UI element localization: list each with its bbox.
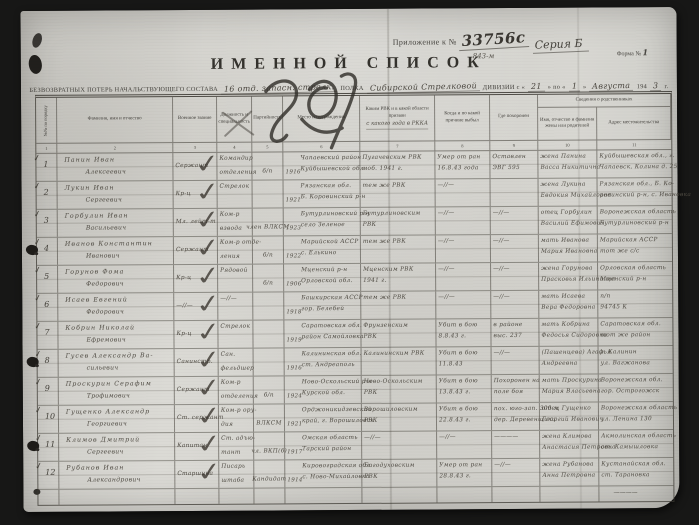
cell-relative-address: Воронежская обл. гор. Острогожск xyxy=(599,374,673,401)
cell-relative-name: мать Исаева Вера Федоровна xyxy=(539,290,598,317)
cell-burial-place: пох. юго-зап. 300 м дер. Деревенщики xyxy=(492,403,540,430)
cell-party xyxy=(254,348,285,375)
year-digit-handwritten: 3 xyxy=(650,81,662,91)
cell-position: Рядовой ✓ xyxy=(218,265,253,292)
cell-burial-place: —//— xyxy=(492,459,540,486)
cell-party: б/п xyxy=(252,152,283,179)
cell-relative-address: Марийская АССР тот же с/с xyxy=(598,234,672,261)
cell-burial-place: —//— xyxy=(491,207,539,234)
cell-row-number: ✓ 8 xyxy=(38,350,59,377)
casualty-table: №№ по порядку Фамилия, имя и отчество Во… xyxy=(35,91,674,506)
cell-relative-address: п/п 94745 К xyxy=(598,290,672,317)
cell-full-name: Иванов Константин Иванович xyxy=(58,237,174,265)
cell-position: Стрелок ✓ xyxy=(218,181,253,208)
table-row: ✓ 11 Климов Дмитрий Сергеевич Капитан Ст… xyxy=(38,430,673,462)
cell-drafted-by: —//— xyxy=(362,431,437,458)
cell-birthplace: 1921 Рязанская обл. Б. Коровинский р-н xyxy=(284,180,361,207)
pencil-check-icon: ✓ xyxy=(33,265,43,276)
cell-relative-address: г. Калинин ул. Вагжанова xyxy=(599,346,673,373)
cell-drafted-by: Пугачевским РВК моб. 1941 г. xyxy=(360,151,435,178)
pencil-check-icon: ✓ xyxy=(33,293,43,304)
cell-party xyxy=(253,180,284,207)
cell-relative-name: мать Иванова Мария Ивановна xyxy=(539,234,598,261)
pencil-check-icon: ✓ xyxy=(33,209,43,220)
col-header-rank: Военное звание xyxy=(173,97,217,142)
subtitle-printed: БЕЗВОЗВРАТНЫХ ПОТЕРЬ НАЧАЛЬСТВУЮЩЕГО СОС… xyxy=(29,86,218,94)
group-header-relatives: Сведения о родственниках xyxy=(538,94,670,108)
table-row: ✓ 5 Горунов Фома Федорович Кр-ц Рядовой … xyxy=(37,262,672,294)
cell-party: б/п xyxy=(254,376,285,403)
table-row: ✓ 4 Иванов Константин Иванович Сержант К… xyxy=(37,234,672,266)
cell-burial-place: —//— xyxy=(491,263,539,290)
cell-drafted-by: Ворошиловским РВК xyxy=(362,403,437,430)
cell-row-number: ✓ 9 xyxy=(38,378,59,405)
cell-party xyxy=(253,292,284,319)
cell-party: Кандидат xyxy=(254,460,285,487)
cell-drafted-by: тем же РВК xyxy=(361,179,436,206)
cell-relative-address: Воронежская область Бутурлиновский р-н xyxy=(598,206,672,233)
cell-position: Писарь штаба ✓ xyxy=(219,461,254,488)
cell-rank: Сержант xyxy=(174,237,218,264)
cell-relative-name: жена Климова Анастасия Петровна xyxy=(540,430,599,457)
pencil-check-icon: ✓ xyxy=(34,377,44,388)
cell-birthplace: 1906 Мценский р-н Орловской обл. xyxy=(284,264,361,291)
cell-full-name: Исаев Евгений Федорович xyxy=(58,293,174,321)
cell-drafted-by: тем же РВК xyxy=(361,291,436,318)
cell-when-lost: Убит в бою 11.8.43 xyxy=(437,347,492,374)
month-handwritten: Августа xyxy=(589,81,634,92)
cell-party: член ВЛКСМ xyxy=(253,208,284,235)
col-group-relatives: Сведения о родственниках Имя, отчество и… xyxy=(538,94,671,140)
cell-full-name: Кобрин Николай Ефремович xyxy=(58,321,174,349)
cell-burial-place: в районе выс. 237 xyxy=(491,319,539,346)
cell-when-lost: Убит в бою 13.8.43 г. xyxy=(437,375,492,402)
cell-position: Ком-р отделения ✓ xyxy=(219,377,254,404)
cell-row-number: ✓ 11 xyxy=(38,434,59,461)
cell-when-lost: —//— xyxy=(437,431,492,458)
cell-when-lost: Умер от ран 16.8.43 года xyxy=(435,151,490,178)
cell-birthplace: 1917 Омская область Тарский район xyxy=(285,432,362,459)
pencil-check-icon: ✓ xyxy=(33,321,43,332)
cell-full-name: Горбулин Иван Васильевич xyxy=(58,209,174,237)
table-header-row: №№ по порядку Фамилия, имя и отчество Во… xyxy=(36,94,671,144)
cell-relative-name: отец Горбулин Василий Ефимович xyxy=(539,206,598,233)
col-header-name: Фамилия, имя и отчество xyxy=(57,97,173,143)
empty-row: ———— xyxy=(38,486,673,505)
year-printed: 194 xyxy=(637,83,647,90)
cell-burial-place: Оставлен ЭВГ 595 xyxy=(490,151,538,178)
cell-when-lost: Убит в бою 8.8.43 г. xyxy=(436,319,491,346)
cell-burial-place xyxy=(491,179,539,206)
col-header-relative-name: Имя, отчество и фамилия жены или родител… xyxy=(538,107,597,139)
cell-row-number: ✓ 12 xyxy=(38,462,59,489)
cell-party xyxy=(253,320,284,347)
cell-birthplace: 1921 Орджоникидзевский край, г. Ворошило… xyxy=(285,404,362,431)
cell-row-number: ✓ 1 xyxy=(36,154,57,181)
cell-row-number: ✓ 10 xyxy=(38,406,59,433)
attachment-line: Приложение к № 33756с xyxy=(393,30,529,50)
cell-burial-place: —//— xyxy=(491,235,539,262)
col-header-drafted: Каким РВК и в какой области призван с ка… xyxy=(360,95,435,140)
pencil-check-icon: ✓ xyxy=(33,181,43,192)
ink-blot xyxy=(31,32,44,49)
cell-position: Командир отделения ✓ xyxy=(217,153,252,180)
cell-relative-name: жена Лукина Евдокия Михайловна xyxy=(539,178,598,205)
cell-row-number: ✓ 4 xyxy=(37,238,58,265)
document-page: Приложение к № 33756с 843-м Серия Б Форм… xyxy=(20,7,679,512)
cell-relative-address: Саратовская обл. тот же район xyxy=(598,318,672,345)
cell-rank: Кр-ц xyxy=(174,321,218,348)
table-row: ✓ 3 Горбулин Иван Васильевич Мл. лейт-т … xyxy=(37,206,672,238)
cell-relative-name: мать Проскурина Мария Власьевна xyxy=(540,374,599,401)
pencil-check-icon: ✓ xyxy=(34,405,44,416)
cell-relative-name: жена Рубанова Анна Петровна xyxy=(540,458,599,485)
cell-row-number: ✓ 6 xyxy=(37,294,58,321)
cell-position: Ст. адъю- тант ✓ xyxy=(219,433,254,460)
cell-rank: Сержант xyxy=(173,153,217,180)
cell-rank: Санинстр. xyxy=(175,349,219,376)
cell-rank: Ст. сержант xyxy=(175,405,219,432)
cell-when-lost: —//— xyxy=(436,291,491,318)
cell-relative-name: жена Панина Васса Никитична xyxy=(538,150,597,177)
cell-drafted-by: тем же РВК xyxy=(361,235,436,262)
cell-relative-address: Рязанская обл., Б. Ко- ровинский р-н, с.… xyxy=(598,178,672,205)
cell-relative-address: Орловская область Мценский р-н xyxy=(598,262,672,289)
col-header-party: Партийность xyxy=(252,96,283,141)
cell-when-lost: —//— xyxy=(436,263,491,290)
cell-relative-name: отец Гущенко Георгий Иванович xyxy=(540,402,599,429)
cell-birthplace: 1916 Калининская обл. ст. Андреаполь xyxy=(285,348,362,375)
cell-birthplace: 1914 Кировоградская обл. с. Ново-Михайло… xyxy=(285,460,362,487)
cell-when-lost: Умер от ран 28.8.43 г. xyxy=(437,459,492,486)
col-header-position: Должность и специальность xyxy=(217,97,252,142)
cell-burial-place: Похоронен на поле боя xyxy=(492,375,540,402)
table-body: ✓ 1 Панин Иван Алексеевич Сержант Команд… xyxy=(36,150,673,490)
cell-full-name: Горунов Фома Федорович xyxy=(58,265,174,293)
cell-rank: Мл. лейт-т xyxy=(174,209,218,236)
document-title: ИМЕННОЙ СПИСОК xyxy=(21,53,677,75)
cell-birthplace: 1916 Чапаевский район Куйбышевской обл. xyxy=(283,152,360,179)
cell-position: —//— ✓ xyxy=(218,293,253,320)
cell-drafted-by: Богодуховским РВК xyxy=(362,459,437,486)
cell-rank: Кр-ц xyxy=(174,265,218,292)
table-row: ✓ 2 Лукин Иван Сергеевич Кр-ц Стрелок ✓ … xyxy=(37,178,672,210)
cell-position: Ком-р отде- ления ✓ xyxy=(218,237,253,264)
col-header-birth: Место и год рождения xyxy=(283,96,360,141)
cell-birthplace: 1918 Башкирская АССР гор. Белебей xyxy=(284,292,361,319)
cell-relative-address: Акмолинская область ст. Камышловка xyxy=(599,430,673,457)
cell-relative-address: Кустанайская обл. ст. Тарановка xyxy=(599,458,673,485)
cell-relative-address: Воронежская область ул. Ленина 130 xyxy=(599,402,673,429)
cell-drafted-by: Фрунзенским РВК xyxy=(361,319,436,346)
cell-row-number: ✓ 3 xyxy=(37,210,58,237)
table-row: ✓ 9 Проскурин Серафим Трофимович Сержант… xyxy=(38,374,673,406)
cell-rank: Сержант xyxy=(175,377,219,404)
polka-label: ПОЛКА xyxy=(340,85,363,92)
cell-row-number: ✓ 2 xyxy=(37,182,58,209)
cell-party: б/п xyxy=(253,264,284,291)
col-header-index: №№ по порядку xyxy=(36,98,57,143)
col-header-buried: Где похоронен xyxy=(490,95,538,140)
series-label-handwritten: Серия Б xyxy=(532,37,588,54)
table-row: ✓ 12 Рубанов Иван Александрович Старшина… xyxy=(38,458,673,490)
cell-drafted-by: Мценским РВК 1941 г. xyxy=(361,263,436,290)
cell-birthplace: 1922 Марийской АССР с. Елькино xyxy=(284,236,361,263)
cell-full-name: Проскурин Серафим Трофимович xyxy=(59,377,175,405)
cell-when-lost: —//— xyxy=(436,179,491,206)
cell-burial-place: —//— xyxy=(492,347,540,374)
cell-position: Сан. фельдшер ✓ xyxy=(219,349,254,376)
cell-relative-name: жена Горунова Прасковья Ильинична xyxy=(539,262,598,289)
cell-birthplace: 1919 Саратовская обл. район Самойловка xyxy=(284,320,361,347)
attachment-number-handwritten: 33756с xyxy=(459,28,530,51)
cell-rank: Старшина xyxy=(175,461,219,488)
cell-full-name: Гусев Александр Ва- сильевич xyxy=(59,349,175,377)
cell-full-name: Лукин Иван Сергеевич xyxy=(58,181,174,209)
cell-when-lost: —//— xyxy=(436,235,491,262)
cell-full-name: Климов Дмитрий Сергеевич xyxy=(59,433,175,461)
pencil-check-icon: ✓ xyxy=(34,461,44,472)
trailing-dash: ———— xyxy=(599,486,673,500)
col-header-lost: Когда и по какой причине выбыл xyxy=(435,95,490,140)
cell-burial-place: —//— xyxy=(491,291,539,318)
cell-when-lost: Убит в бою 22.8.43 г. xyxy=(437,403,492,430)
cell-relative-address: Куйбышевская обл., г. Чапаевск, Колина д… xyxy=(597,150,671,177)
cell-burial-place: ———— xyxy=(492,431,540,458)
table-row: ✓ 1 Панин Иван Алексеевич Сержант Команд… xyxy=(36,150,671,182)
date-to-handwritten: 1 xyxy=(568,81,580,91)
cell-party: ВЛКСМ xyxy=(254,404,285,431)
cell-drafted-by: Бутурлиновским РВК xyxy=(361,207,436,234)
cell-rank: Кр-ц xyxy=(174,181,218,208)
cell-row-number: ✓ 7 xyxy=(37,322,58,349)
col-header-relative-address: Адрес местожительства xyxy=(597,107,670,139)
cell-row-number: ✓ 5 xyxy=(37,266,58,293)
cell-drafted-by: Калининским РВК xyxy=(362,347,437,374)
cell-party: б/п xyxy=(253,236,284,263)
cell-birthplace: 1923 Бутурлиновский р-н село Зеленое xyxy=(284,208,361,235)
table-row: ✓ 7 Кобрин Николай Ефремович Кр-ц Стрело… xyxy=(37,318,672,350)
cell-birthplace: 1924 Ново-Оскольский р-н Курской обл. xyxy=(285,376,362,403)
cell-position: Стрелок ✓ xyxy=(218,321,253,348)
cell-rank: Капитан xyxy=(175,433,219,460)
date-from-handwritten: 21 xyxy=(528,82,545,92)
attachment-label: Приложение к № xyxy=(393,37,457,46)
cell-relative-name: мать Кобрина Федосья Сидоровна xyxy=(539,318,598,345)
drafted-handwritten-addition: с какого года в РККА xyxy=(366,121,428,130)
cell-position: Ком-р ору- дия ✓ xyxy=(219,405,254,432)
cell-drafted-by: Ново-Оскольским РВК xyxy=(362,375,437,402)
table-row: ✓ 10 Гущенко Александр Георгиевич Ст. се… xyxy=(38,402,673,434)
pencil-check-icon: ✓ xyxy=(32,153,42,164)
table-row: ✓ 6 Исаев Евгений Федорович —//— —//— ✓ … xyxy=(37,290,672,322)
cell-party: чл. ВКП(б) xyxy=(254,432,285,459)
cell-relative-name: (Пашенцева) Агафья Андреевна xyxy=(540,346,599,373)
division-label: ДИВИЗИИ с « xyxy=(483,84,525,91)
cell-full-name: Гущенко Александр Георгиевич xyxy=(59,405,175,433)
cell-rank: —//— xyxy=(174,293,218,320)
cell-full-name: Рубанов Иван Александрович xyxy=(59,461,175,489)
cell-when-lost: —//— xyxy=(436,207,491,234)
cell-full-name: Панин Иван Алексеевич xyxy=(57,153,173,181)
table-row: ✓ 8 Гусев Александр Ва- сильевич Санинст… xyxy=(38,346,673,378)
